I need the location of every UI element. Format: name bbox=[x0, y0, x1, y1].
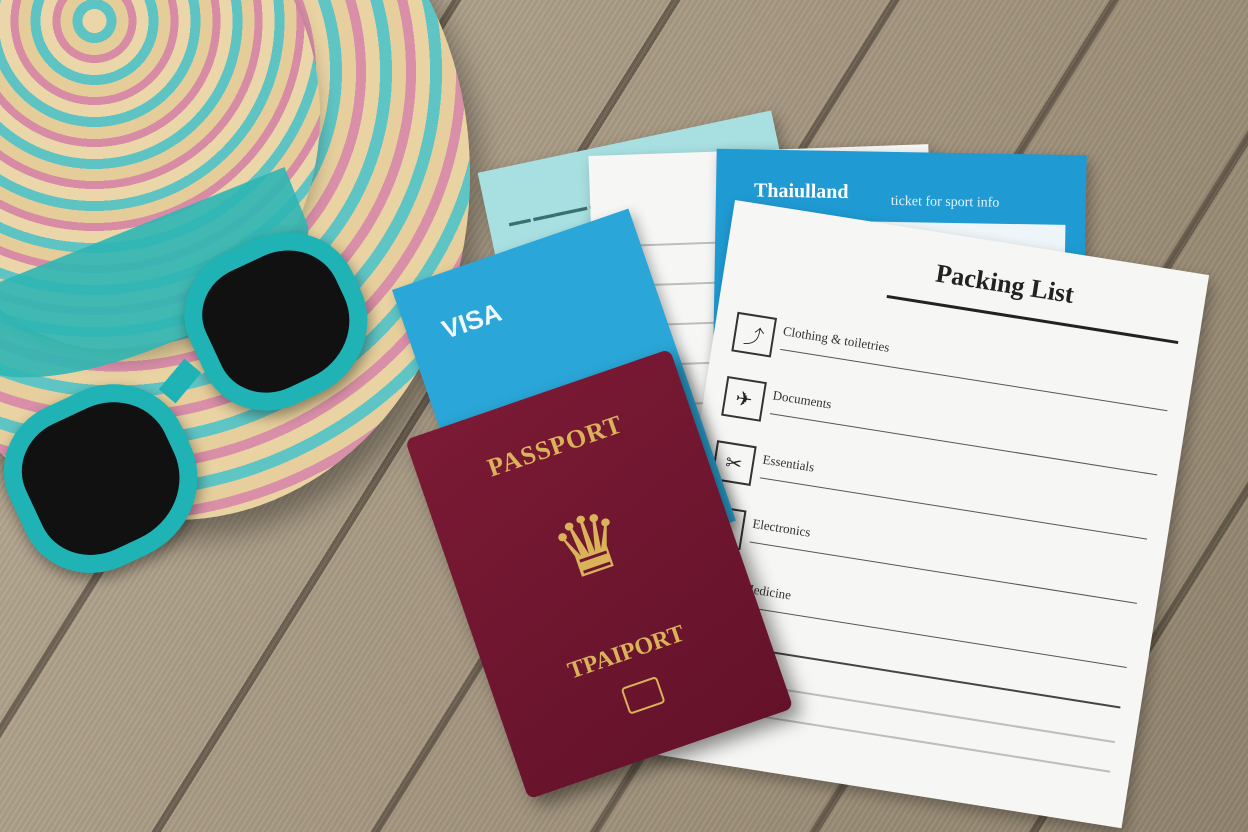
sunglasses-bridge bbox=[159, 359, 202, 404]
sunglasses bbox=[0, 230, 380, 580]
biometric-chip-icon bbox=[621, 676, 666, 715]
plane-icon: ✈ bbox=[721, 376, 767, 422]
wooden-table: ▬▬ ▬▬▬▬▬ ▬▬ ▬▬▬▬ ▬▬▬ Thaiulland ticket f… bbox=[0, 0, 1248, 832]
packing-list-title: Packing List bbox=[934, 259, 1076, 310]
form-subtitle: ticket for sport info bbox=[891, 194, 1000, 212]
sunglasses-lens-right bbox=[163, 209, 393, 434]
garuda-emblem-icon: ♛ bbox=[526, 482, 653, 609]
form-title: Thaiulland bbox=[754, 179, 849, 204]
sunglasses-lens-left bbox=[0, 359, 224, 597]
hanger-icon: ⤴ bbox=[731, 312, 777, 358]
visa-title: VISA bbox=[438, 297, 505, 346]
